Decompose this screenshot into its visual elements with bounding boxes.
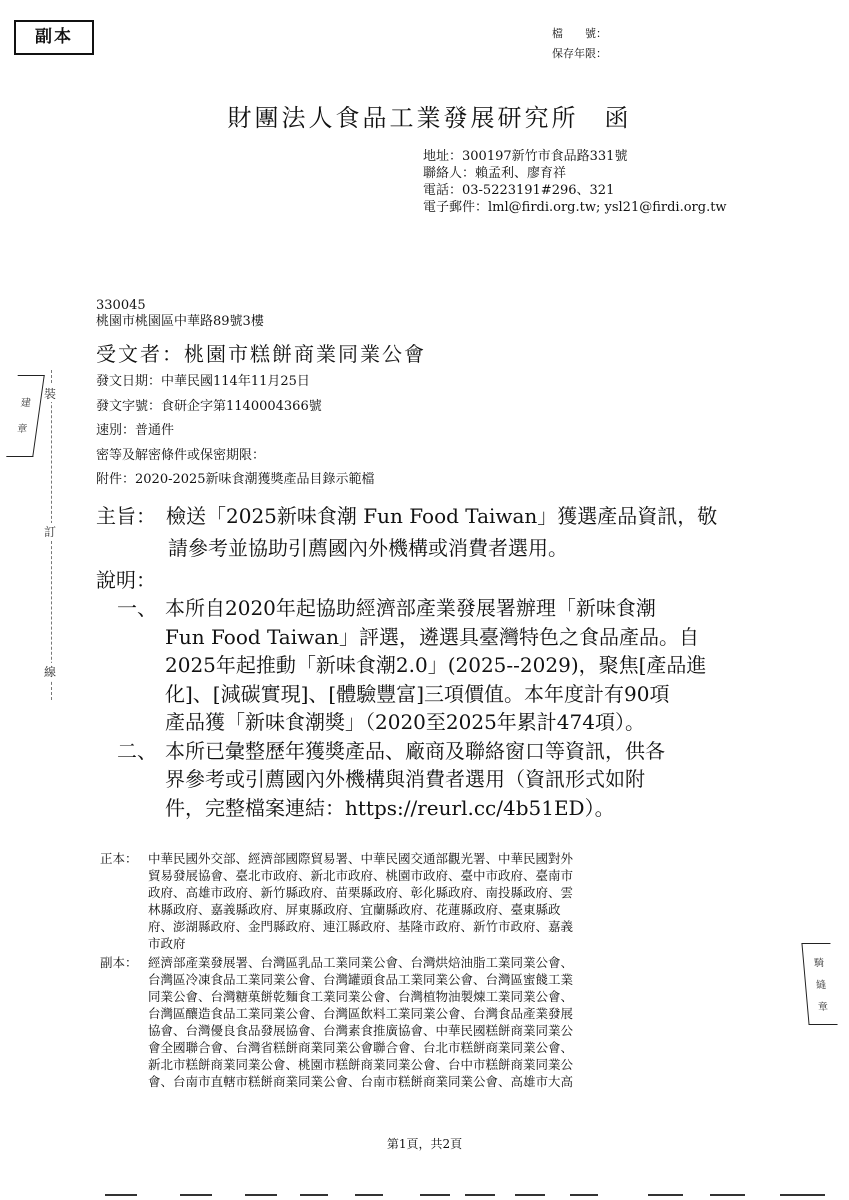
bottom-edge-marks — [0, 1194, 849, 1197]
retention-label: 保存年限： — [552, 44, 607, 64]
recipient-line: 市政府 — [148, 935, 738, 952]
issue-date: 發文日期：中華民國114年11月25日 — [96, 370, 375, 395]
speed: 速別：普通件 — [96, 419, 375, 444]
subject-label: 主旨： — [96, 500, 166, 532]
recipient-line: 府、澎湖縣政府、金門縣政府、連江縣政府、基隆市政府、新竹市政府、嘉義 — [148, 918, 738, 935]
sender-contact: 聯絡人：賴孟利、廖育祥 — [423, 165, 727, 182]
file-number-label: 檔 號： — [552, 24, 607, 44]
item-line: 化]、[減碳實現]、[體驗豐富]三項價值。本年度計有90項 — [165, 680, 765, 709]
stamp-char: 建 — [20, 394, 32, 409]
copy-recipients: 副本： 經濟部產業發展署、台灣區乳品工業同業公會、台灣烘焙油脂工業同業公會、 台… — [100, 954, 738, 1090]
item-line: 2025年起推動「新味食潮2.0」(2025--2029)，聚焦[產品進 — [165, 651, 765, 680]
binding-char-bind: 裝 — [44, 385, 56, 402]
document-meta: 發文日期：中華民國114年11月25日 發文字號：食研企字第1140004366… — [96, 370, 375, 493]
attachment: 附件：2020-2025新味食潮獲獎產品目錄示範檔 — [96, 468, 375, 493]
item-line: 界參考或引薦國內外機構與消費者選用（資訊形式如附 — [165, 765, 765, 794]
binding-char-staple: 訂 — [44, 523, 56, 540]
recipient-line: 協會、台灣優良食品發展協會、台灣素食推廣協會、中華民國糕餅商業同業公 — [148, 1022, 738, 1039]
file-meta: 檔 號： 保存年限： — [552, 24, 607, 64]
stamp-char: 章 — [16, 420, 28, 435]
street-address: 桃園市桃園區中華路89號3樓 — [96, 314, 264, 330]
doc-number: 發文字號：食研企字第1140004366號 — [96, 395, 375, 420]
item-line: 本所已彙整歷年獲獎產品、廠商及聯絡窗口等資訊，供各 — [165, 737, 765, 766]
postal-code: 330045 — [96, 298, 264, 314]
recipient-line: 台灣區冷凍食品工業同業公會、台灣罐頭食品工業同業公會、台灣區蜜餞工業 — [148, 971, 738, 988]
org-name: 財團法人食品工業發展研究所 — [228, 104, 579, 132]
item-number: 一、 — [117, 594, 157, 623]
stamp-char: 縫 — [815, 976, 826, 991]
document-title: 財團法人食品工業發展研究所函 — [0, 98, 849, 133]
recipient-line: 同業公會、台灣糖菓餅乾麵食工業同業公會、台灣植物油製煉工業同業公會、 — [148, 988, 738, 1005]
recipient: 受文者：桃園市糕餅商業同業公會 — [96, 338, 426, 367]
recipient-line: 中華民國外交部、經濟部國際貿易署、中華民國交通部觀光署、中華民國對外 — [148, 850, 738, 867]
recipient-line: 台灣區釀造食品工業同業公會、台灣區飲料工業同業公會、台灣食品產業發展 — [148, 1005, 738, 1022]
copy-stamp: 副本 — [14, 20, 94, 55]
sender-address: 地址：300197新竹市食品路331號 — [423, 148, 727, 165]
item-number: 二、 — [117, 737, 157, 766]
original-label: 正本： — [100, 850, 138, 867]
explanation-item: 一、 本所自2020年起協助經濟部產業發展署辦理「新味食潮 Fun Food T… — [117, 594, 765, 737]
recipient-address: 330045 桃園市桃園區中華路89號3樓 — [96, 298, 264, 330]
recipient-line: 會、台南市直轄市糕餅商業同業公會、台南市糕餅商業同業公會、高雄市大高 — [148, 1073, 738, 1090]
stamp-char: 騎 — [813, 954, 824, 969]
item-line: 本所自2020年起協助經濟部產業發展署辦理「新味食潮 — [165, 594, 765, 623]
recipient-line: 新北市糕餅商業同業公會、桃園市糕餅商業同業公會、台中市糕餅商業同業公 — [148, 1056, 738, 1073]
subject-line-1: 檢送「2025新味食潮 Fun Food Taiwan」獲選產品資訊，敬 — [166, 504, 717, 528]
confidentiality: 密等及解密條件或保密期限： — [96, 444, 375, 469]
subject-line-2: 請參考並協助引薦國內外機構或消費者選用。 — [96, 532, 717, 564]
recipient-line: 會全國聯合會、台灣省糕餅商業同業公會聯合會、台北市糕餅商業同業公會、 — [148, 1039, 738, 1056]
sender-phone: 電話：03-5223191#296、321 — [423, 182, 727, 199]
page-indicator: 第1頁，共2頁 — [0, 1135, 849, 1152]
item-line: 產品獲「新味食潮獎」（2020至2025年累計474項）。 — [165, 708, 765, 737]
explanation-items: 一、 本所自2020年起協助經濟部產業發展署辦理「新味食潮 Fun Food T… — [117, 594, 765, 822]
doc-type: 函 — [605, 104, 632, 132]
sender-info: 地址：300197新竹市食品路331號 聯絡人：賴孟利、廖育祥 電話：03-52… — [423, 148, 727, 216]
sender-email: 電子郵件：lml@firdi.org.tw; ysl21@firdi.org.t… — [423, 199, 727, 216]
item-line: 件，完整檔案連結：https://reurl.cc/4b51ED）。 — [165, 794, 765, 823]
seal-stamp-right: 騎 縫 章 — [801, 943, 837, 1025]
recipient-line: 經濟部產業發展署、台灣區乳品工業同業公會、台灣烘焙油脂工業同業公會、 — [148, 954, 738, 971]
recipient-line: 政府、高雄市政府、新竹縣政府、苗栗縣政府、彰化縣政府、南投縣政府、雲 — [148, 884, 738, 901]
subject: 主旨：檢送「2025新味食潮 Fun Food Taiwan」獲選產品資訊，敬 … — [96, 500, 717, 564]
seal-stamp-left: 建 章 — [6, 375, 45, 457]
explanation-label: 說明： — [96, 564, 156, 593]
recipient-line: 林縣政府、嘉義縣政府、屏東縣政府、宜蘭縣政府、花蓮縣政府、臺東縣政 — [148, 901, 738, 918]
explanation-item: 二、 本所已彙整歷年獲獎產品、廠商及聯絡窗口等資訊，供各 界參考或引薦國內外機構… — [117, 737, 765, 823]
binding-char-line: 線 — [44, 663, 56, 680]
stamp-char: 章 — [817, 998, 828, 1013]
original-recipients: 正本： 中華民國外交部、經濟部國際貿易署、中華民國交通部觀光署、中華民國對外 貿… — [100, 850, 738, 952]
copy-label: 副本： — [100, 954, 138, 971]
recipient-line: 貿易發展協會、臺北市政府、新北市政府、桃園市政府、臺中市政府、臺南市 — [148, 867, 738, 884]
item-line: Fun Food Taiwan」評選，遴選具臺灣特色之食品產品。自 — [165, 623, 765, 652]
